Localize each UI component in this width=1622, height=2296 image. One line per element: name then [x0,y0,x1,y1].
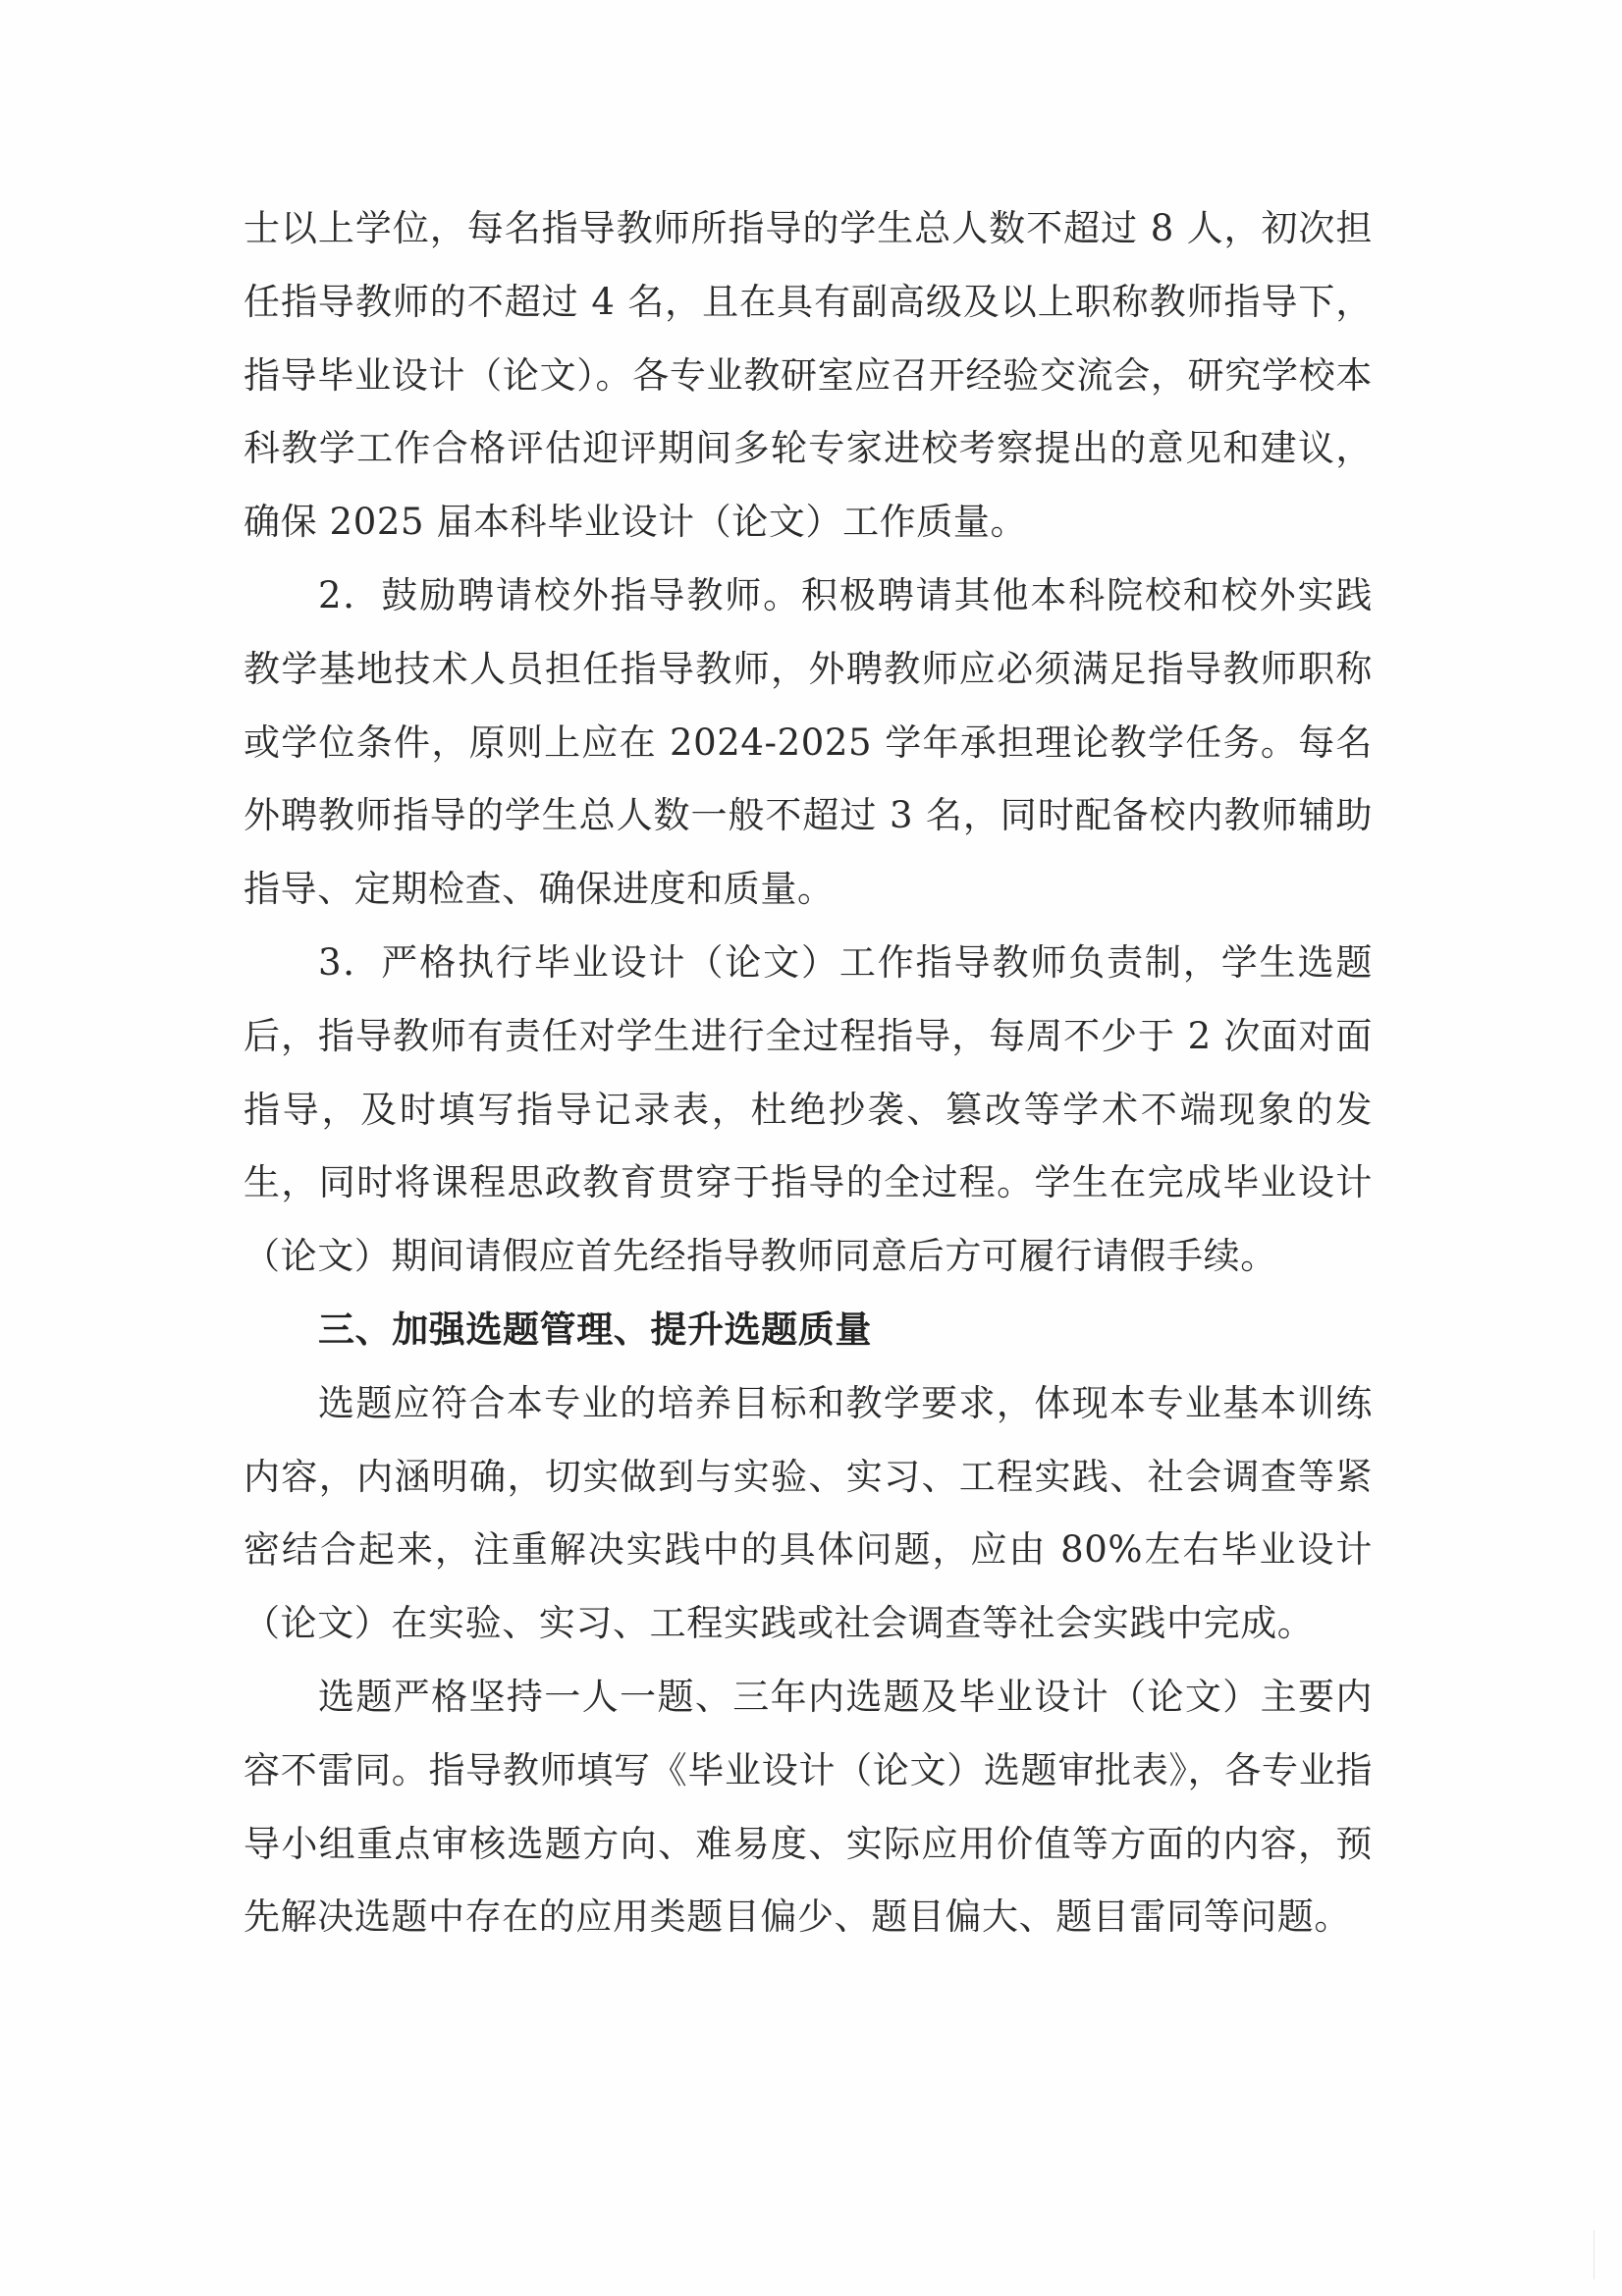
paragraph-external-advisors: 2．鼓励聘请校外指导教师。积极聘请其他本科院校和校外实践教学基地技术人员担任指导… [243,560,1373,927]
paragraph-advisor-responsibility: 3．严格执行毕业设计（论文）工作指导教师负责制，学生选题后，指导教师有责任对学生… [243,927,1373,1294]
paragraph-topic-requirements: 选题应符合本专业的培养目标和教学要求，体现本专业基本训练内容，内涵明确，切实做到… [243,1367,1373,1661]
section-heading-topic-management: 三、加强选题管理、提升选题质量 [243,1294,1373,1367]
document-body: 士以上学位，每名指导教师所指导的学生总人数不超过 8 人，初次担任指导教师的不超… [243,192,1373,1954]
paragraph-advisor-qualifications: 士以上学位，每名指导教师所指导的学生总人数不超过 8 人，初次担任指导教师的不超… [243,192,1373,560]
paragraph-topic-uniqueness: 选题严格坚持一人一题、三年内选题及毕业设计（论文）主要内容不雷同。指导教师填写《… [243,1661,1373,1954]
document-page: 士以上学位，每名指导教师所指导的学生总人数不超过 8 人，初次担任指导教师的不超… [0,0,1622,2296]
scan-edge-mark [1594,2230,1595,2279]
